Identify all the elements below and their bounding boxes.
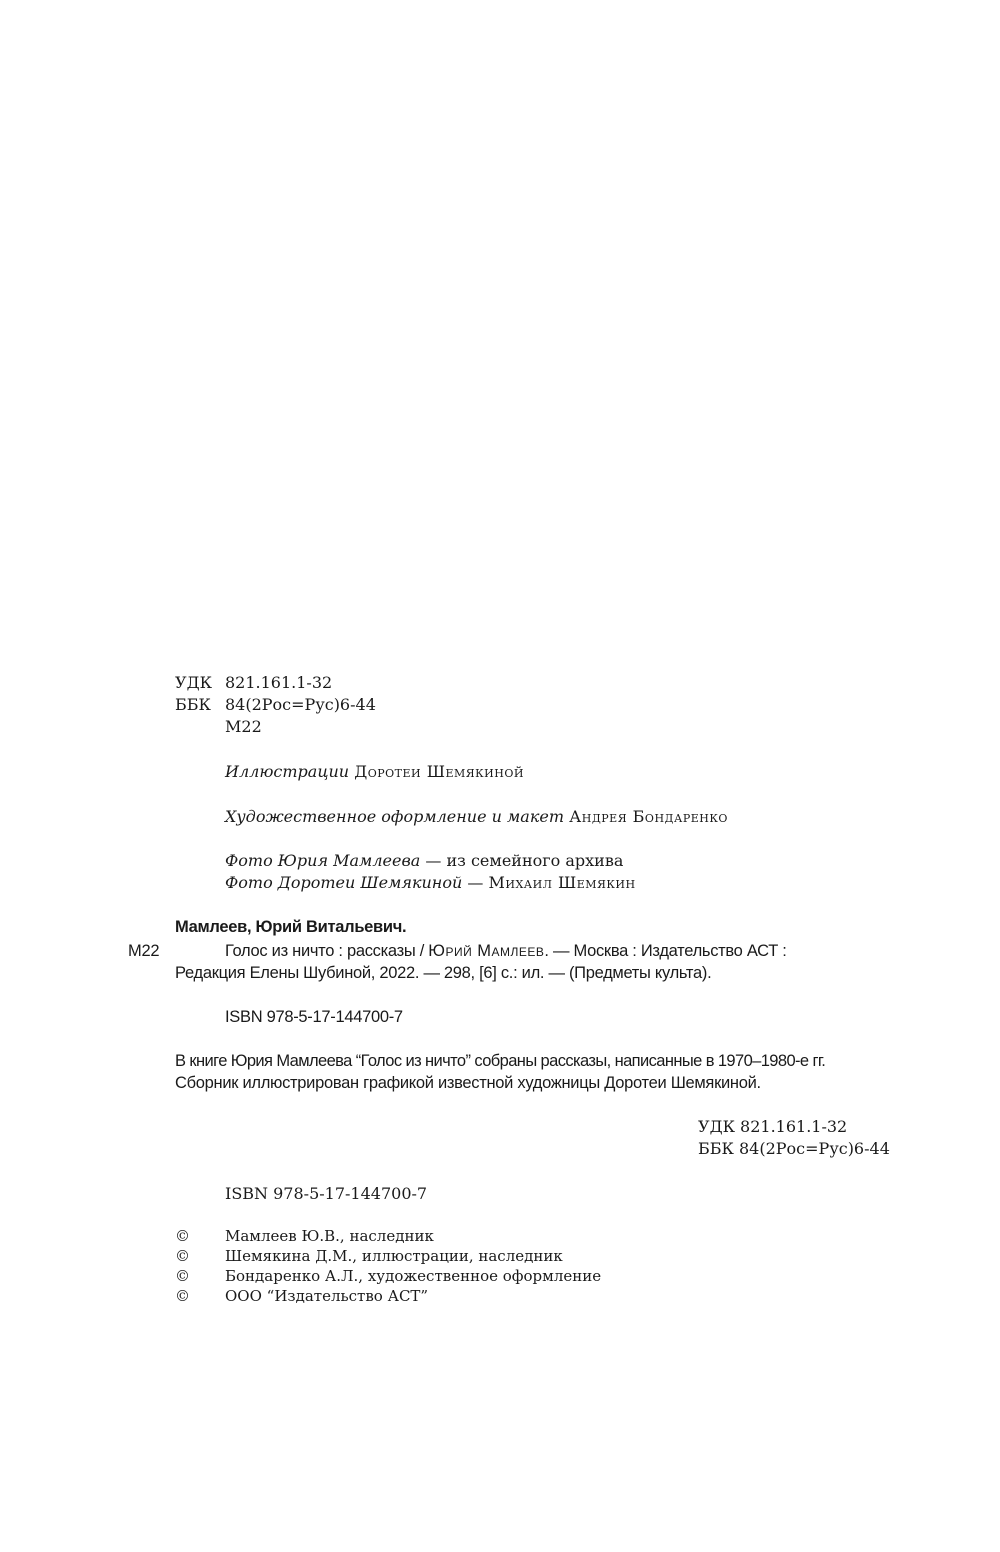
udk-label: УДК [175,672,225,694]
photo-credit-2: Фото Доротеи Шемякиной — Михаил Шемякин [225,872,636,894]
annotation-line-1: В книге Юрия Мамлеева “Голос из ничто” с… [175,1050,825,1072]
annotation-line-2: Сборник иллюстрирован графикой известной… [175,1072,761,1094]
title-part1: Голос из ничто : рассказы / [225,942,424,960]
title-part2: . — Москва : Издательство АСТ : [544,942,786,960]
bbk-bottom: ББК 84(2Рос=Рус)6-44 [698,1138,890,1160]
isbn-main: ISBN 978-5-17-144700-7 [225,1183,427,1205]
bbk-bottom-value: 84(2Рос=Рус)6-44 [739,1139,890,1158]
copyright-holder: Мамлеев Ю.В., наследник [225,1227,434,1245]
publication-line: Редакция Елены Шубиной, 2022. — 298, [6]… [175,962,711,984]
illustrations-prefix: Иллюстрации [225,762,349,781]
copyright-holder: Бондаренко А.Л., художественное оформлен… [225,1267,601,1285]
photo2-dash: — [467,873,483,892]
copyright-item: ©Мамлеев Ю.В., наследник [175,1226,434,1246]
copyright-holder: Шемякина Д.М., иллюстрации, наследник [225,1247,563,1265]
photo-credit-1: Фото Юрия Мамлеева — из семейного архива [225,850,623,872]
isbn-record: ISBN 978-5-17-144700-7 [225,1006,403,1028]
author-heading: Мамлеев, Юрий Витальевич. [175,916,406,938]
design-prefix: Художественное оформление и макет [225,807,564,826]
udk-bottom: УДК 821.161.1-32 [698,1116,847,1138]
illustrations-credit: Иллюстрации Доротеи Шемякиной [225,761,524,783]
copyright-icon: © [175,1226,225,1246]
copyright-item: ©ООО “Издательство АСТ” [175,1286,428,1306]
author-mark: М22 [225,716,262,738]
record-mark: М22 [128,940,159,962]
copyright-item: ©Бондаренко А.Л., художественное оформле… [175,1266,601,1286]
bbk-row: ББК84(2Рос=Рус)6-44 [175,694,376,716]
photo2-prefix: Фото Доротеи Шемякиной [225,873,462,892]
design-name: Андрея Бондаренко [569,807,728,826]
copyright-icon: © [175,1286,225,1306]
design-credit: Художественное оформление и макет Андрея… [225,806,728,828]
copyright-holder: ООО “Издательство АСТ” [225,1287,428,1305]
photo1-suffix: — из семейного архива [425,851,623,870]
photo1-prefix: Фото Юрия Мамлеева [225,851,420,870]
copyright-icon: © [175,1266,225,1286]
copyright-icon: © [175,1246,225,1266]
photo2-name: Михаил Шемякин [488,873,635,892]
copyright-item: ©Шемякина Д.М., иллюстрации, наследник [175,1246,563,1266]
title-line: Голос из ничто : рассказы / Юрий Мамлеев… [225,940,787,962]
bbk-label: ББК [175,694,225,716]
udk-value: 821.161.1-32 [225,673,332,692]
bbk-value: 84(2Рос=Рус)6-44 [225,695,376,714]
bbk-bottom-label: ББК [698,1139,734,1158]
title-author: Юрий Мамлеев [428,942,544,960]
udk-row: УДК821.161.1-32 [175,672,332,694]
illustrations-name: Доротеи Шемякиной [354,762,524,781]
